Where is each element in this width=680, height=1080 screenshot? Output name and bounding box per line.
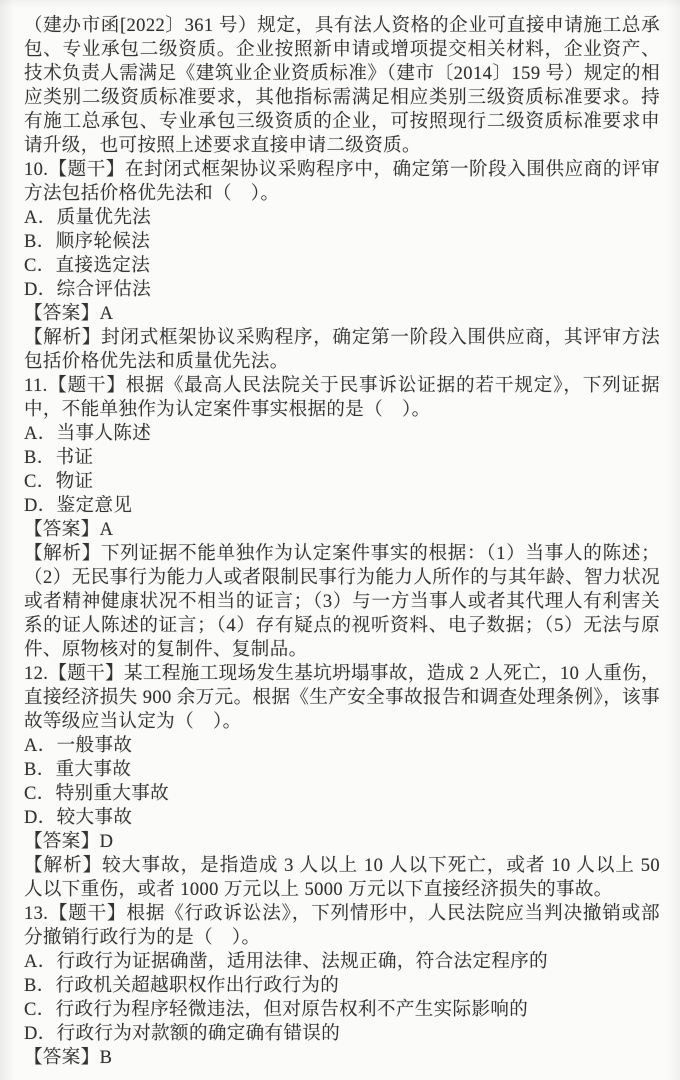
question-11-stem: 11.【题干】根据《最高人民法院关于民事诉讼证据的若干规定》，下列证据中，不能单…: [24, 374, 660, 422]
question-10-stem: 10.【题干】在封闭式框架协议采购程序中，确定第一阶段入围供应商的评审方法包括价…: [24, 158, 660, 206]
question-12-stem: 12.【题干】某工程施工现场发生基坑坍塌事故，造成 2 人死亡，10 人重伤，直…: [24, 662, 660, 734]
question-10-explanation: 【解析】封闭式框架协议采购程序，确定第一阶段入围供应商，其评审方法包括价格优先法…: [24, 326, 660, 374]
question-11-answer: 【答案】A: [24, 518, 660, 542]
question-11-option-a: A．当事人陈述: [24, 422, 660, 446]
question-block-12: 12.【题干】某工程施工现场发生基坑坍塌事故，造成 2 人死亡，10 人重伤，直…: [24, 662, 660, 902]
question-13-option-d: D．行政行为对款额的确定确有错误的: [24, 1022, 660, 1046]
question-10-answer: 【答案】A: [24, 302, 660, 326]
question-12-option-a: A．一般事故: [24, 734, 660, 758]
question-12-explanation: 【解析】较大事故，是指造成 3 人以上 10 人以下死亡，或者 10 人以上 5…: [24, 854, 660, 902]
question-10-option-a: A．质量优先法: [24, 206, 660, 230]
document-page-body: { "page": { "background_color": "#fbfbfa…: [0, 0, 680, 1080]
question-13-stem: 13.【题干】根据《行政诉讼法》，下列情形中，人民法院应当判决撤销或部分撤销行政…: [24, 902, 660, 950]
question-block-13: 13.【题干】根据《行政诉讼法》，下列情形中，人民法院应当判决撤销或部分撤销行政…: [24, 902, 660, 1070]
question-11-option-b: B．书证: [24, 446, 660, 470]
question-10-option-b: B．顺序轮候法: [24, 230, 660, 254]
question-12-answer: 【答案】D: [24, 830, 660, 854]
question-12-option-c: C．特别重大事故: [24, 782, 660, 806]
document-page: （建办市函[2022〕361 号）规定，具有法人资格的企业可直接申请施工总承包、…: [0, 0, 680, 1080]
question-11-option-d: D．鉴定意见: [24, 494, 660, 518]
question-13-answer: 【答案】B: [24, 1046, 660, 1070]
question-13-option-c: C．行政行为程序轻微违法，但对原告权利不产生实际影响的: [24, 998, 660, 1022]
question-13-option-b: B．行政机关超越职权作出行政行为的: [24, 974, 660, 998]
question-12-option-d: D．较大事故: [24, 806, 660, 830]
question-block-10: 10.【题干】在封闭式框架协议采购程序中，确定第一阶段入围供应商的评审方法包括价…: [24, 158, 660, 374]
question-13-option-a: A．行政行为证据确凿，适用法律、法规正确，符合法定程序的: [24, 950, 660, 974]
question-11-option-c: C．物证: [24, 470, 660, 494]
intro-paragraph: （建办市函[2022〕361 号）规定，具有法人资格的企业可直接申请施工总承包、…: [24, 14, 660, 158]
question-12-option-b: B．重大事故: [24, 758, 660, 782]
question-10-option-c: C．直接选定法: [24, 254, 660, 278]
question-10-option-d: D．综合评估法: [24, 278, 660, 302]
question-11-explanation: 【解析】下列证据不能单独作为认定案件事实的根据：（1）当事人的陈述；（2）无民事…: [24, 542, 660, 662]
question-block-11: 11.【题干】根据《最高人民法院关于民事诉讼证据的若干规定》，下列证据中，不能单…: [24, 374, 660, 662]
